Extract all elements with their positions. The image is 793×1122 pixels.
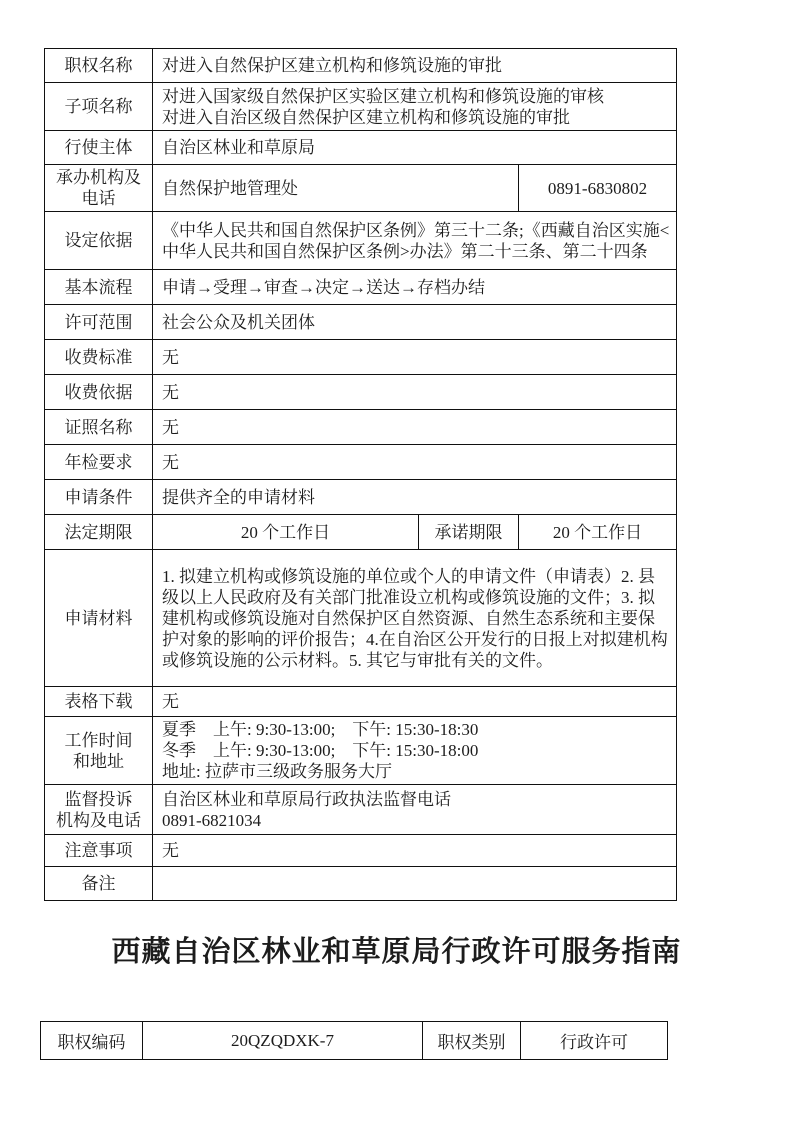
row-label: 基本流程 [45,270,153,305]
page-title: 西藏自治区林业和草原局行政许可服务指南 [0,935,793,969]
row-label: 子项名称 [45,83,153,131]
table-row: 注意事项 无 [45,835,677,867]
authority-code-label: 职权编码 [41,1022,143,1060]
table-row: 法定期限 20 个工作日 承诺期限 20 个工作日 [45,515,677,550]
authority-code-table: 职权编码 20QZQDXK-7 职权类别 行政许可 [40,1021,668,1060]
table-row: 子项名称 对进入国家级自然保护区实验区建立机构和修筑设施的审核 对进入自治区级自… [45,83,677,131]
row-label: 收费标准 [45,340,153,375]
table-row: 工作时间 和地址 夏季 上午: 9:30-13:00; 下午: 15:30-18… [45,717,677,785]
row-value: 无 [153,340,677,375]
row-label: 行使主体 [45,131,153,165]
row-value: 自治区林业和草原局 [153,131,677,165]
table-row: 承办机构及 电话 自然保护地管理处 0891-6830802 [45,165,677,212]
row-value: 无 [153,835,677,867]
table-row: 设定依据 《中华人民共和国自然保护区条例》第三十二条;《西藏自治区实施<中华人民… [45,212,677,270]
row-label: 工作时间 和地址 [45,717,153,785]
row-label: 注意事项 [45,835,153,867]
row-value: 无 [153,445,677,480]
table-row: 申请材料 1. 拟建立机构或修筑设施的单位或个人的申请文件（申请表）2. 县级以… [45,550,677,687]
table-row: 表格下载 无 [45,687,677,717]
row-value: 对进入国家级自然保护区实验区建立机构和修筑设施的审核 对进入自治区级自然保护区建… [153,83,677,131]
row-value: 《中华人民共和国自然保护区条例》第三十二条;《西藏自治区实施<中华人民共和国自然… [153,212,677,270]
promise-period-label: 承诺期限 [419,515,519,550]
row-value: 提供齐全的申请材料 [153,480,677,515]
authority-category-label: 职权类别 [423,1022,521,1060]
table-row: 备注 [45,867,677,901]
row-label: 证照名称 [45,410,153,445]
statutory-period-value: 20 个工作日 [153,515,419,550]
row-label: 职权名称 [45,49,153,83]
table-row: 申请条件 提供齐全的申请材料 [45,480,677,515]
table-row: 许可范围 社会公众及机关团体 [45,305,677,340]
document-page: 职权名称 对进入自然保护区建立机构和修筑设施的审批 子项名称 对进入国家级自然保… [0,0,793,1122]
row-value [153,867,677,901]
authority-category-value: 行政许可 [521,1022,668,1060]
row-label: 表格下载 [45,687,153,717]
row-value: 自治区林业和草原局行政执法监督电话 0891-6821034 [153,785,677,835]
row-label: 设定依据 [45,212,153,270]
phone-value: 0891-6830802 [519,165,677,212]
promise-period-value: 20 个工作日 [519,515,677,550]
table-row: 收费标准 无 [45,340,677,375]
row-value: 社会公众及机关团体 [153,305,677,340]
row-value: 对进入自然保护区建立机构和修筑设施的审批 [153,49,677,83]
row-label: 许可范围 [45,305,153,340]
service-guide-table: 职权名称 对进入自然保护区建立机构和修筑设施的审批 子项名称 对进入国家级自然保… [44,48,677,901]
row-value: 无 [153,410,677,445]
table-row: 职权名称 对进入自然保护区建立机构和修筑设施的审批 [45,49,677,83]
row-label: 申请材料 [45,550,153,687]
row-label: 年检要求 [45,445,153,480]
row-value: 申请→受理→审查→决定→送达→存档办结 [153,270,677,305]
row-value: 1. 拟建立机构或修筑设施的单位或个人的申请文件（申请表）2. 县级以上人民政府… [153,550,677,687]
table-row: 收费依据 无 [45,375,677,410]
row-value: 无 [153,687,677,717]
row-value: 无 [153,375,677,410]
row-value: 夏季 上午: 9:30-13:00; 下午: 15:30-18:30 冬季 上午… [153,717,677,785]
row-label: 承办机构及 电话 [45,165,153,212]
table-row: 行使主体 自治区林业和草原局 [45,131,677,165]
row-label: 申请条件 [45,480,153,515]
table-row: 年检要求 无 [45,445,677,480]
row-label: 监督投诉 机构及电话 [45,785,153,835]
table-row: 监督投诉 机构及电话 自治区林业和草原局行政执法监督电话 0891-682103… [45,785,677,835]
row-label: 备注 [45,867,153,901]
table-row: 基本流程 申请→受理→审查→决定→送达→存档办结 [45,270,677,305]
row-value: 自然保护地管理处 [153,165,519,212]
authority-code-value: 20QZQDXK-7 [143,1022,423,1060]
row-label: 法定期限 [45,515,153,550]
row-label: 收费依据 [45,375,153,410]
table-row: 职权编码 20QZQDXK-7 职权类别 行政许可 [41,1022,668,1060]
table-row: 证照名称 无 [45,410,677,445]
